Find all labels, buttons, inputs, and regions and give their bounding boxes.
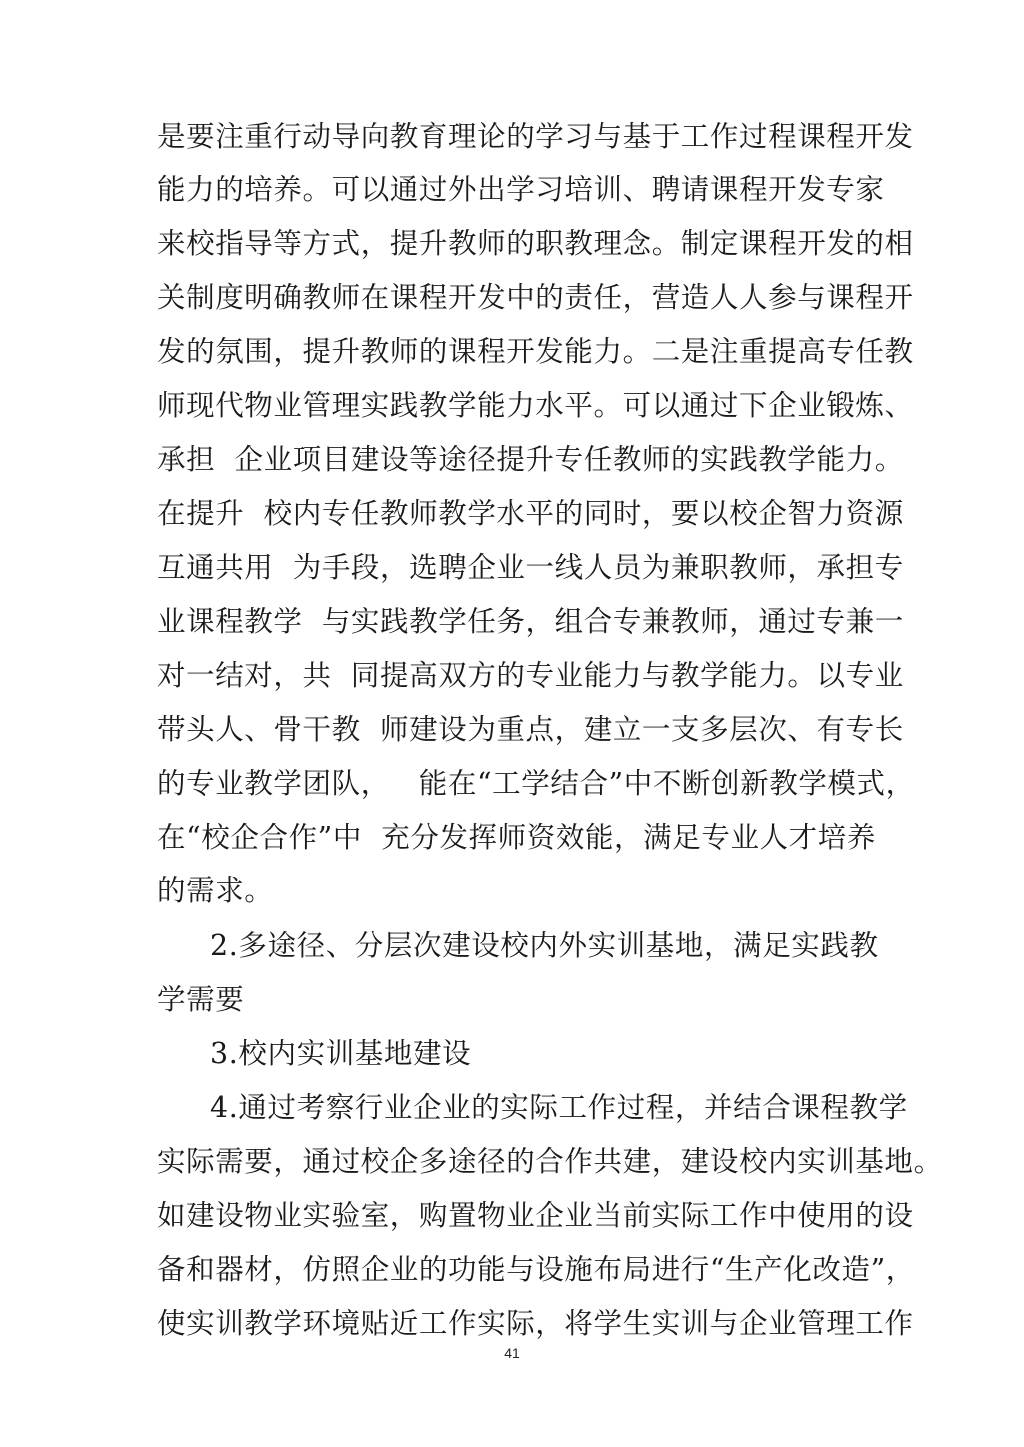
text-line: 的专业教学团队， 能在“工学结合”中不断创新教学模式，: [157, 764, 915, 804]
text-line: 实际需要，通过校企多途径的合作共建，建设校内实训基地。: [157, 1142, 943, 1182]
text-line: 在“校企合作”中 充分发挥师资效能，满足专业人才培养: [157, 818, 876, 858]
text-line: 互通共用 为手段，选聘企业一线人员为兼职教师，承担专: [157, 548, 904, 588]
text-line: 业课程教学 与实践教学任务，组合专兼教师，通过专兼一: [157, 602, 904, 642]
text-line: 学需要: [157, 980, 244, 1020]
text-line: 是要注重行动导向教育理论的学习与基于工作过程课程开发: [157, 117, 914, 157]
list-item-2: 2.多途径、分层次建设校内外实训基地，满足实践教: [210, 926, 879, 966]
text-line: 备和器材，仿照企业的功能与设施布局进行“生产化改造”，: [157, 1250, 915, 1290]
list-item-3: 3.校内实训基地建设: [210, 1034, 471, 1074]
text-line: 带头人、骨干教 师建设为重点，建立一支多层次、有专长: [157, 710, 904, 750]
text-line: 使实训教学环境贴近工作实际，将学生实训与企业管理工作: [157, 1304, 914, 1344]
text-line: 在提升 校内专任教师教学水平的同时，要以校企智力资源: [157, 494, 904, 534]
list-item-4: 4.通过考察行业企业的实际工作过程，并结合课程教学: [210, 1088, 908, 1128]
page-number: 41: [0, 1345, 1024, 1361]
text-line: 的需求。: [157, 871, 273, 911]
text-line: 能力的培养。可以通过外出学习培训、聘请课程开发专家: [157, 170, 885, 210]
text-line: 对一结对，共 同提高双方的专业能力与教学能力。以专业: [157, 656, 904, 696]
text-line: 发的氛围，提升教师的课程开发能力。二是注重提高专任教: [157, 332, 914, 372]
text-line: 师现代物业管理实践教学能力水平。可以通过下企业锻炼、: [157, 386, 914, 426]
text-line: 来校指导等方式，提升教师的职教理念。制定课程开发的相: [157, 224, 914, 264]
text-line: 承担 企业项目建设等途径提升专任教师的实践教学能力。: [157, 440, 904, 480]
document-page: 是要注重行动导向教育理论的学习与基于工作过程课程开发 能力的培养。可以通过外出学…: [0, 0, 1024, 1447]
text-line: 关制度明确教师在课程开发中的责任，营造人人参与课程开: [157, 278, 914, 318]
text-line: 如建设物业实验室，购置物业企业当前实际工作中使用的设: [157, 1196, 914, 1236]
